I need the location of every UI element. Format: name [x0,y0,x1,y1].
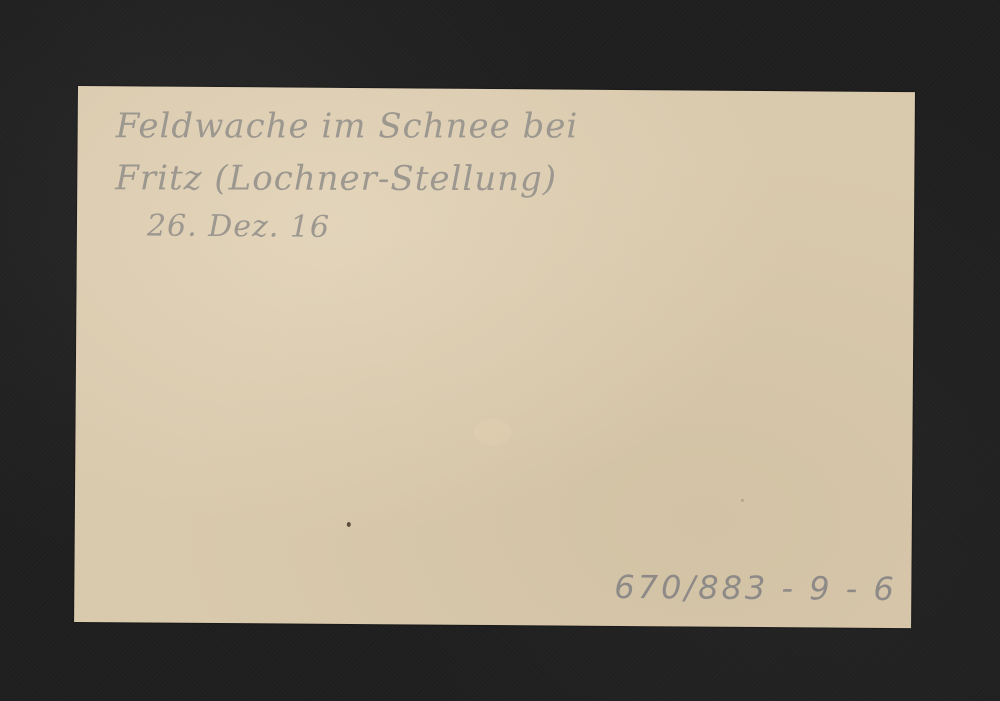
paper-stain [473,419,511,445]
inscription-line-2: Fritz (Lochner-Stellung) [115,158,557,199]
scan-background: Feldwache im Schnee bei Fritz (Lochner-S… [0,0,1000,701]
paper-speck [741,499,744,502]
archive-number: 670/883 - 9 - 6 [614,568,897,608]
photo-card-back: Feldwache im Schnee bei Fritz (Lochner-S… [74,86,915,628]
inscription-date: 26. Dez. 16 [147,209,330,245]
paper-speck [347,522,351,527]
inscription-line-1: Feldwache im Schnee bei [116,106,579,146]
